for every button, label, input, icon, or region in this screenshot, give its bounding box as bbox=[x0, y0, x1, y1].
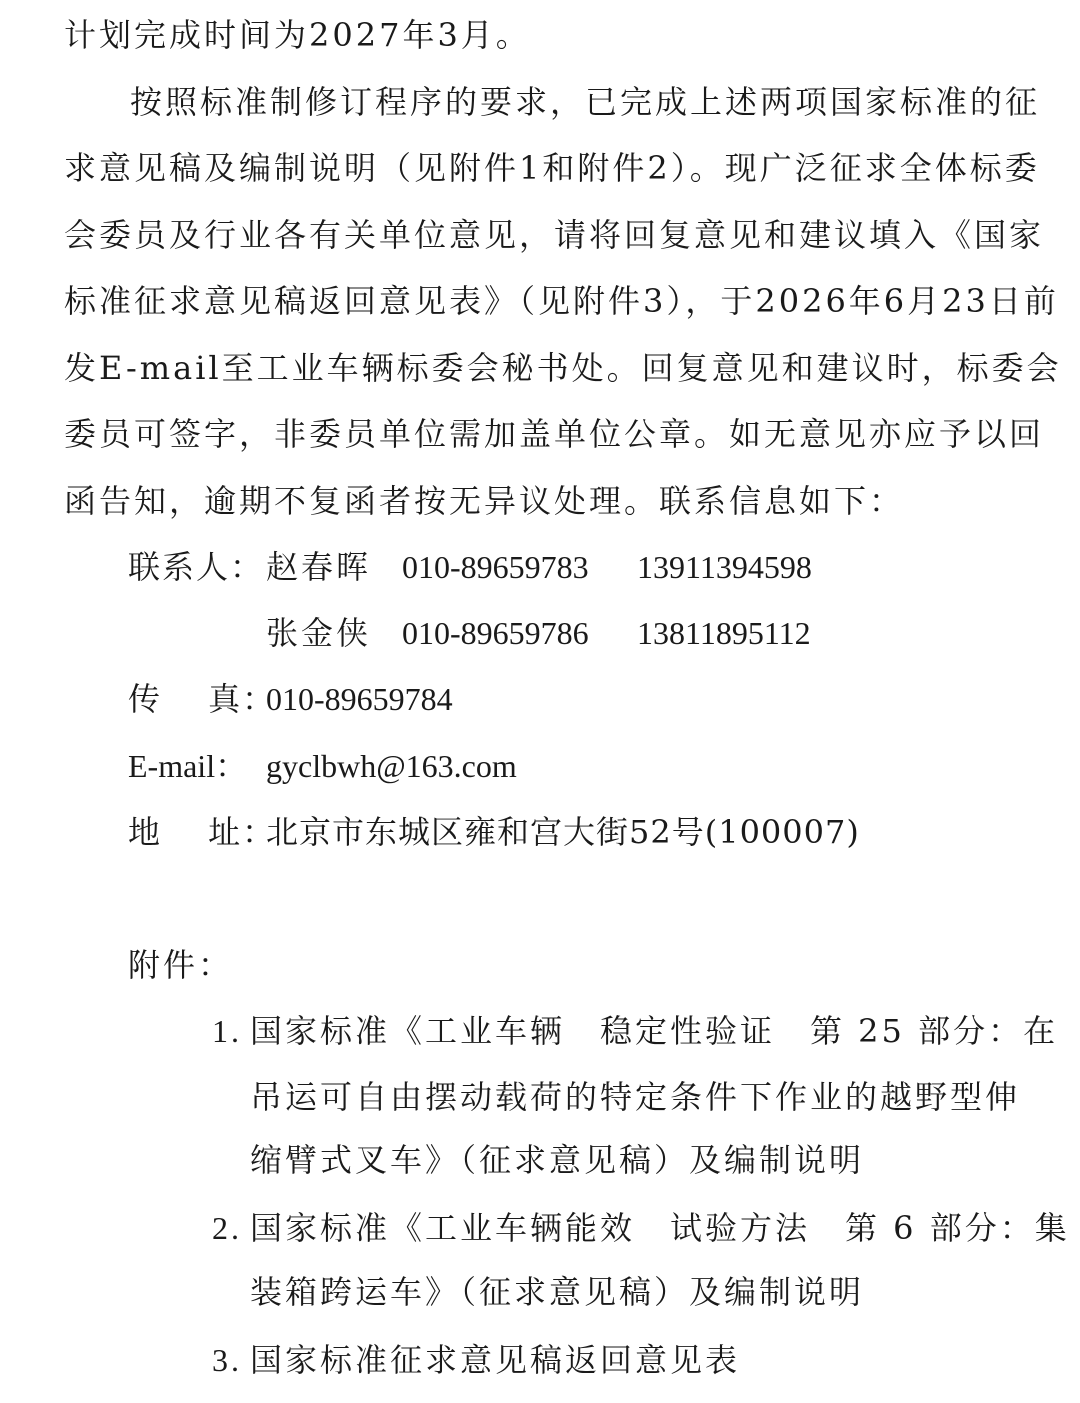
body-line: 计划完成时间为2027年3月。 bbox=[64, 15, 531, 55]
address-row: 地 址： 北京市东城区雍和宫大街52号(100007) bbox=[128, 812, 1028, 972]
attachment-item-line: 国家标准征求意见稿返回意见表 bbox=[250, 1340, 740, 1380]
attachment-item-line: 缩臂式叉车》（征求意见稿）及编制说明 bbox=[250, 1140, 864, 1180]
attachment-number: 2. bbox=[212, 1208, 242, 1248]
attachment-item-line: 装箱跨运车》（征求意见稿）及编制说明 bbox=[250, 1272, 864, 1312]
fax-label: 传 真： bbox=[128, 679, 276, 719]
attachments-heading: 附件： bbox=[128, 945, 233, 985]
body-line: 函告知，逾期不复函者按无异议处理。联系信息如下： bbox=[64, 481, 904, 521]
body-line: 发E-mail至工业车辆标委会秘书处。回复意见和建议时，标委会 bbox=[64, 348, 1062, 388]
contact-mobile: 13911394598 bbox=[637, 547, 812, 587]
attachment-number: 3. bbox=[212, 1340, 242, 1380]
attachment-number: 1. bbox=[212, 1011, 242, 1051]
contact-phone: 010-89659786 bbox=[402, 613, 589, 653]
fax-value: 010-89659784 bbox=[266, 679, 453, 719]
body-line: 会委员及行业各有关单位意见，请将回复意见和建议填入《国家 bbox=[64, 215, 1044, 255]
attachment-item-line: 国家标准《工业车辆 稳定性验证 第 25 部分：在 bbox=[250, 1011, 1058, 1051]
contact-name: 赵春晖 bbox=[266, 547, 371, 587]
body-line: 标准征求意见稿返回意见表》（见附件3），于2026年6月23日前 bbox=[64, 281, 1059, 321]
body-line: 委员可签字，非委员单位需加盖单位公章。如无意见亦应予以回 bbox=[64, 414, 1044, 454]
contact-mobile: 13811895112 bbox=[637, 613, 811, 653]
contact-person-label: 联系人： bbox=[128, 547, 264, 587]
attachment-item-line: 国家标准《工业车辆能效 试验方法 第 6 部分：集 bbox=[250, 1208, 1070, 1248]
address-label: 地 址： bbox=[128, 812, 276, 852]
address-value: 北京市东城区雍和宫大街52号(100007) bbox=[266, 812, 860, 852]
contact-phone: 010-89659783 bbox=[402, 547, 589, 587]
email-label: E-mail： bbox=[128, 746, 247, 786]
attachment-item-line: 吊运可自由摆动载荷的特定条件下作业的越野型伸 bbox=[250, 1077, 1020, 1117]
body-line: 求意见稿及编制说明（见附件1和附件2）。现广泛征求全体标委 bbox=[64, 148, 1040, 188]
contact-name: 张金侠 bbox=[266, 613, 371, 653]
email-value[interactable]: gyclbwh@163.com bbox=[266, 746, 517, 786]
body-line: 按照标准制修订程序的要求，已完成上述两项国家标准的征 bbox=[130, 82, 1040, 122]
